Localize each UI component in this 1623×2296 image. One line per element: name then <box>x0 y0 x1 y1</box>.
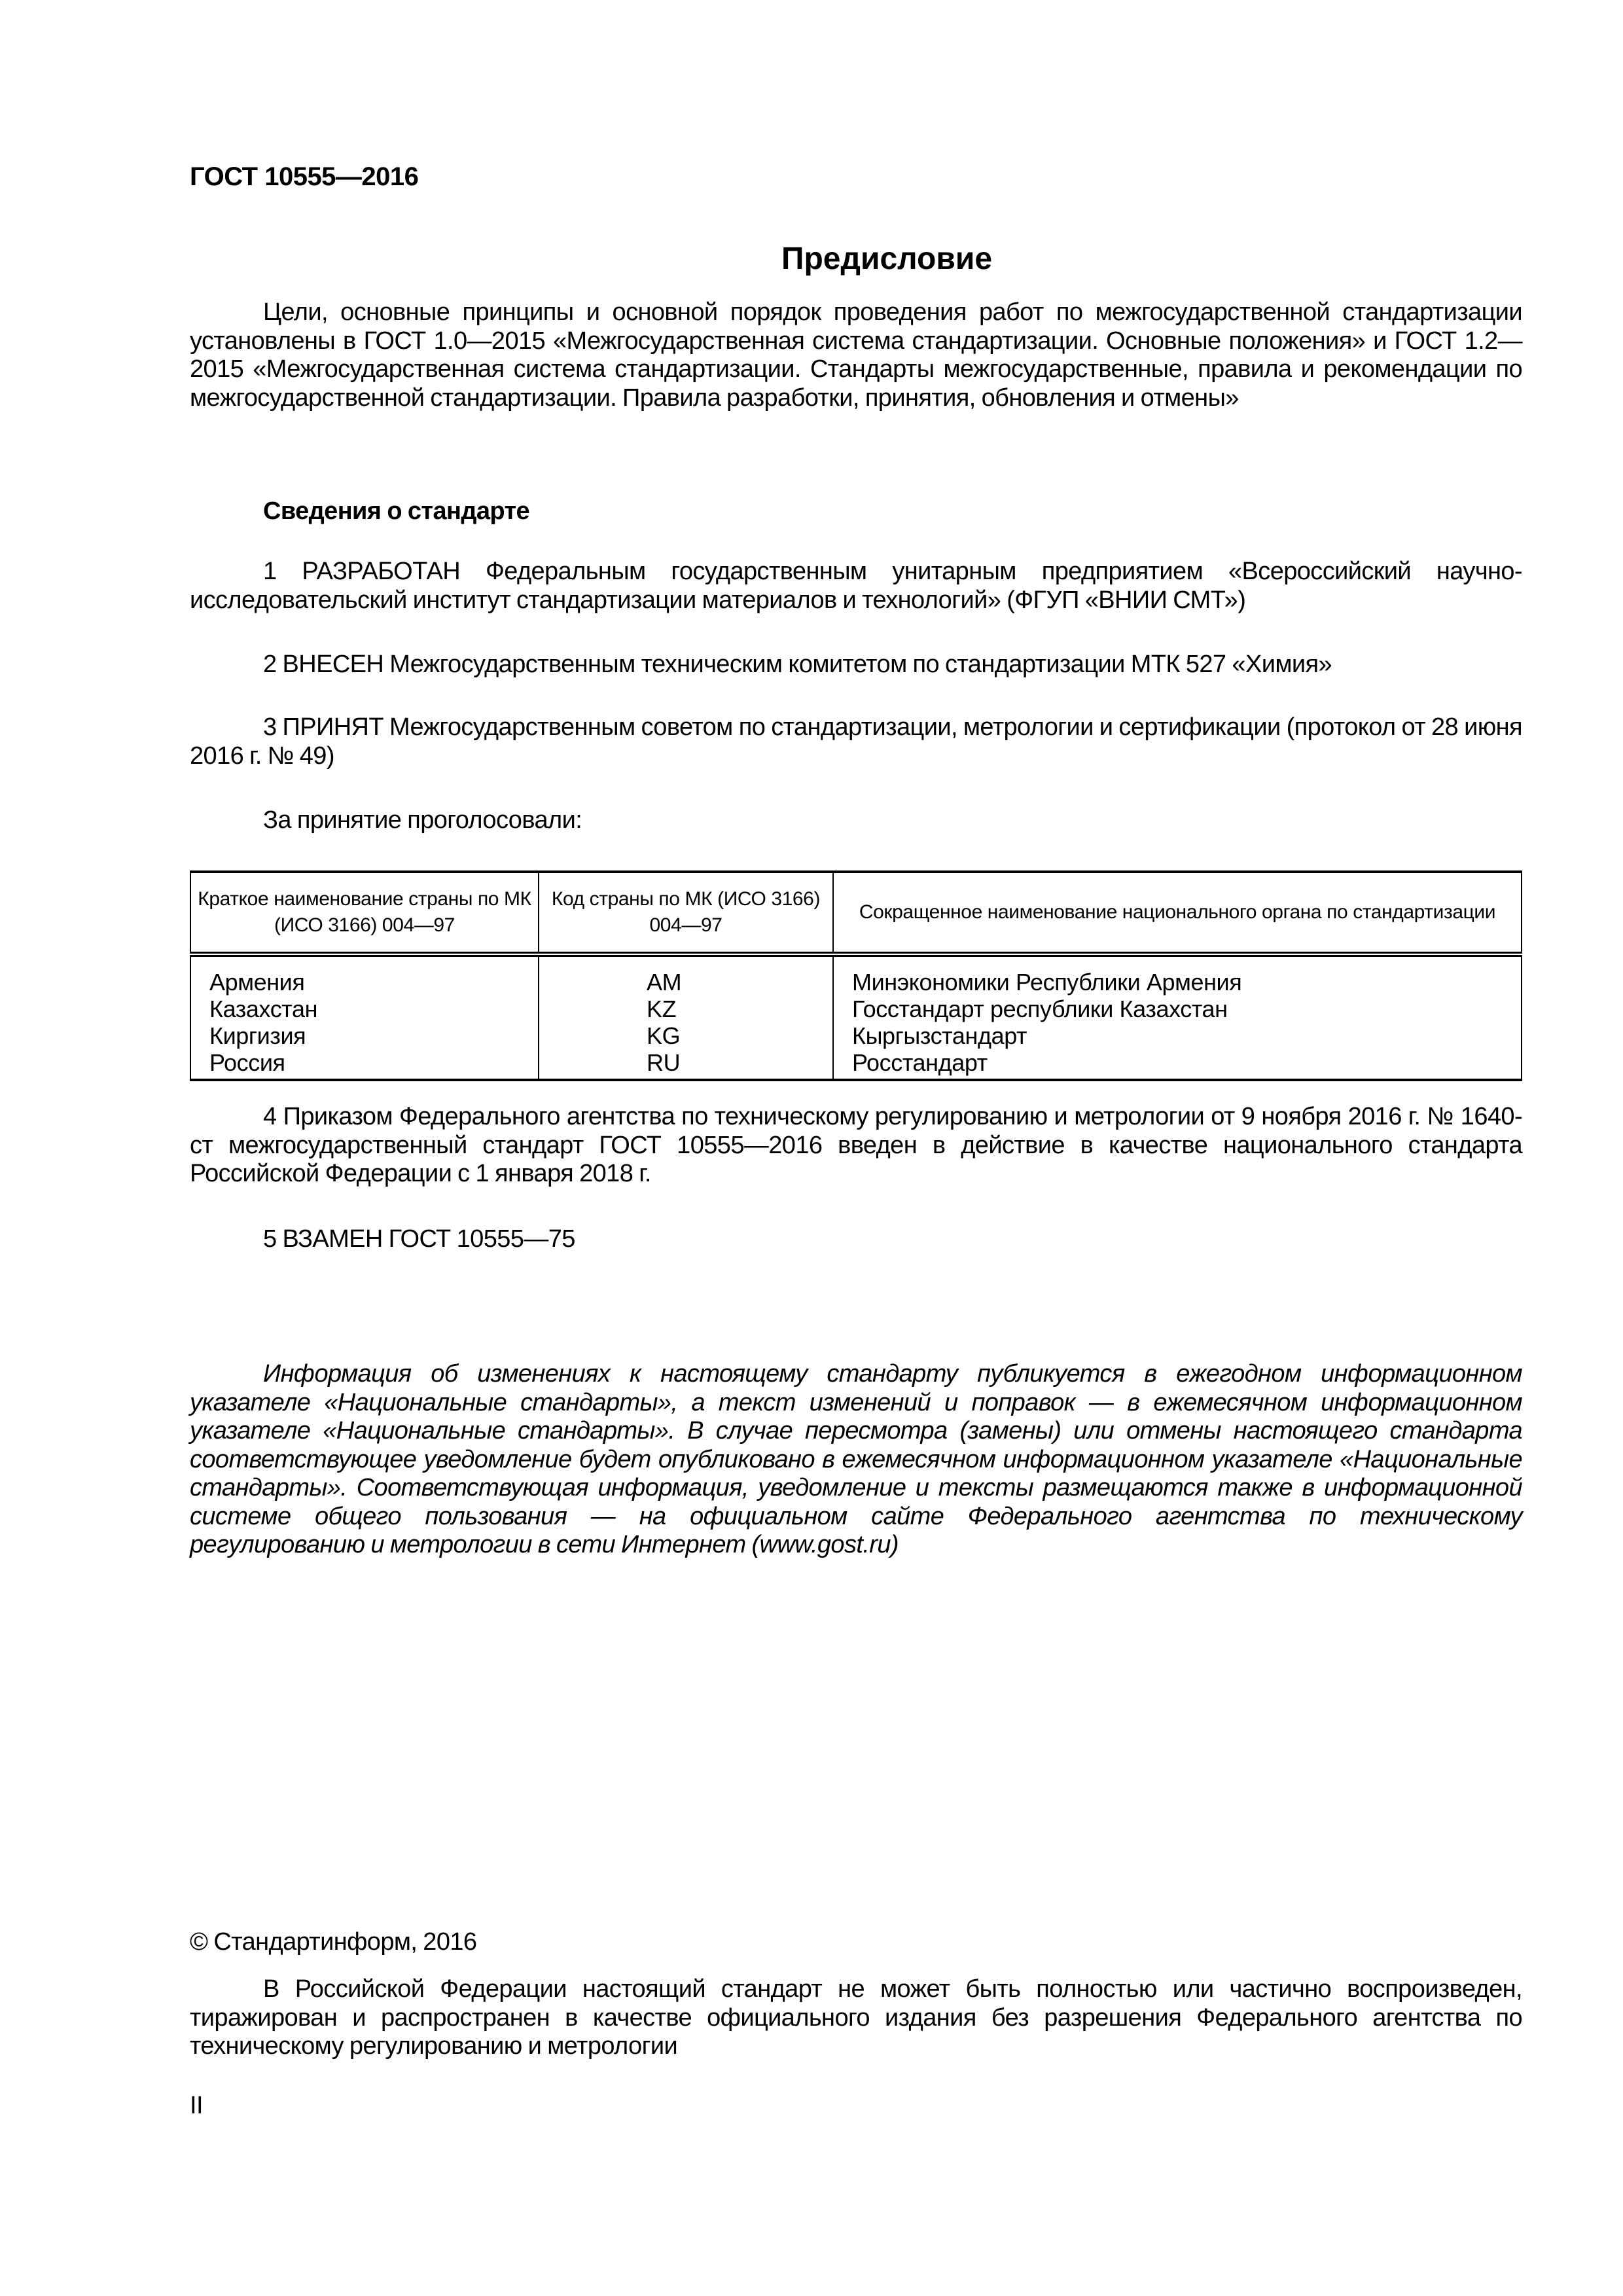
national-body: Минэкономики Республики Армения <box>833 954 1522 996</box>
header-country-name: Краткое наименование страны по МК (ИСО 3… <box>190 872 539 954</box>
table-row: Россия RU Росстандарт <box>190 1049 1522 1080</box>
national-body: Кыргызстандарт <box>833 1022 1522 1049</box>
reproduction-notice: В Российской Федерации настоящий стандар… <box>190 1975 1522 2061</box>
item-replaces: 5 ВЗАМЕН ГОСТ 10555—75 <box>190 1225 1522 1254</box>
item-adopted-by: 3 ПРИНЯТ Межгосударственным советом по с… <box>190 713 1522 770</box>
item-enacted-by-order: 4 Приказом Федерального агентства по тех… <box>190 1103 1522 1189</box>
header-national-body: Сокращенное наименование национального о… <box>833 872 1522 954</box>
national-body: Госстандарт республики Казахстан <box>833 996 1522 1022</box>
item-developed-by: 1 РАЗРАБОТАН Федеральным государственным… <box>190 558 1522 615</box>
document-number-header: ГОСТ 10555—2016 <box>190 162 418 192</box>
change-info-notice: Информация об изменениях к настоящему ст… <box>190 1360 1522 1560</box>
item-submitted-by: 2 ВНЕСЕН Межгосударственным техническим … <box>190 651 1522 679</box>
page-number: II <box>190 2092 1522 2121</box>
copyright-notice: © Стандартинформ, 2016 <box>190 1928 1522 1957</box>
country-name: Киргизия <box>190 1022 539 1049</box>
country-code: AM <box>539 954 833 996</box>
vote-table: Краткое наименование страны по МК (ИСО 3… <box>190 870 1522 1081</box>
table-row: Киргизия KG Кыргызстандарт <box>190 1022 1522 1049</box>
national-body: Росстандарт <box>833 1049 1522 1080</box>
table-row: Армения AM Минэкономики Республики Армен… <box>190 954 1522 996</box>
table-row: Казахстан KZ Госстандарт республики Каза… <box>190 996 1522 1022</box>
intro-paragraph: Цели, основные принципы и основной поряд… <box>190 298 1522 412</box>
section-heading: Сведения о стандарте <box>190 497 1522 526</box>
page-title: Предисловие <box>0 241 1623 277</box>
country-code: KZ <box>539 996 833 1022</box>
country-name: Россия <box>190 1049 539 1080</box>
vote-label: За принятие проголосовали: <box>190 806 1522 835</box>
vote-table-header: Краткое наименование страны по МК (ИСО 3… <box>190 872 1522 954</box>
header-country-code: Код страны по МК (ИСО 3166) 004—97 <box>539 872 833 954</box>
country-code: RU <box>539 1049 833 1080</box>
country-name: Армения <box>190 954 539 996</box>
country-code: KG <box>539 1022 833 1049</box>
country-name: Казахстан <box>190 996 539 1022</box>
